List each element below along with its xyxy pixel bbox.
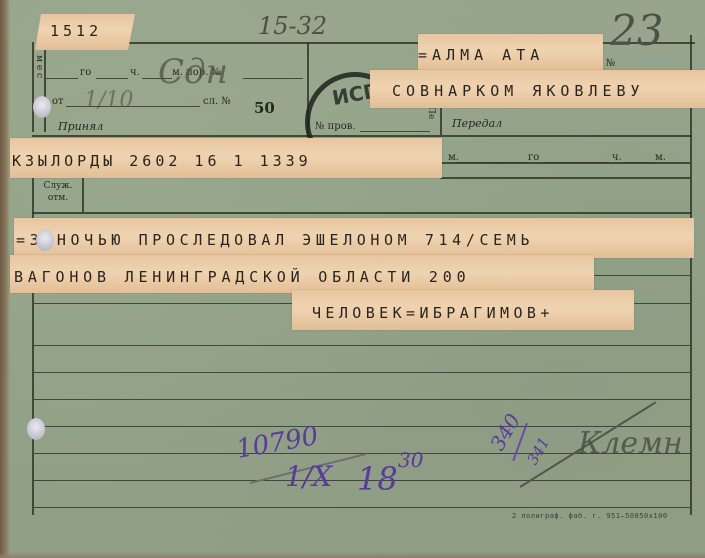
- label-row3-ch: ч.: [612, 152, 622, 163]
- form-line: [120, 42, 695, 44]
- form-line: [440, 177, 690, 179]
- paper-edge-bottom: [0, 552, 705, 558]
- handwritten-signature-top: Сдн: [158, 52, 228, 92]
- field-underline: [545, 162, 610, 163]
- label-sl-no: сл. №: [203, 96, 231, 107]
- label-prinyal: Принял: [58, 120, 103, 133]
- ruled-line: [34, 399, 690, 400]
- body-line-1: =ЗОНОЧЬЮ ПРОСЛЕДОВАЛ ЭШЕЛОНОМ 714/СЕМЬ: [16, 231, 534, 249]
- label-ot: от: [52, 96, 64, 107]
- ruled-line: [34, 507, 690, 508]
- form-line: [32, 212, 692, 214]
- label-sluzh-otm: Служ. отм.: [38, 180, 78, 204]
- sheet-number: 50: [254, 99, 275, 117]
- label-peredal: Передал: [452, 117, 502, 130]
- handwritten-date: 1/X: [285, 460, 332, 493]
- header-line: КЗЫЛОРДЫ 2602 16 1 1339: [12, 152, 312, 170]
- handwritten-minutes: 30: [398, 448, 423, 472]
- field-underline: [622, 162, 652, 163]
- serial-number: 1512: [50, 22, 102, 40]
- label-row3-go: го: [528, 152, 539, 163]
- side-label: м е с: [34, 55, 44, 78]
- address-city: =АЛМА АТА: [418, 46, 544, 64]
- form-line: [82, 177, 84, 212]
- field-underline: [243, 78, 303, 79]
- punch-hole: [27, 418, 45, 440]
- address-recipient: СОВНАРКОМ ЯКОВЛЕВУ: [392, 82, 645, 100]
- handwritten-top-number: 15-32: [258, 12, 327, 40]
- body-line-3: ЧЕЛОВЕК=ИБРАГИМОВ+: [312, 304, 554, 322]
- field-underline: [456, 162, 526, 163]
- form-line: [44, 42, 46, 132]
- label-go: го: [80, 67, 91, 78]
- handwritten-year: 18: [357, 460, 398, 498]
- printer-imprint: 2 полиграф. фаб. г. 951—50050х100: [512, 512, 668, 520]
- handwritten-page-number: 23: [610, 6, 663, 55]
- ruled-line: [34, 372, 690, 373]
- field-underline: [96, 78, 128, 79]
- label-ch: ч.: [130, 67, 140, 78]
- handwritten-left-mark: 1/10: [84, 88, 133, 113]
- punch-hole: [33, 96, 51, 118]
- punch-hole: [36, 229, 54, 251]
- field-underline: [46, 78, 78, 79]
- handwritten-signature-right: Клемн: [578, 426, 683, 461]
- paper-edge: [0, 0, 10, 558]
- label-row3-m-end: м.: [655, 152, 666, 163]
- body-line-2: ВАГОНОВ ЛЕНИНГРАДСКОЙ ОБЛАСТИ 200: [14, 268, 470, 286]
- ruled-line: [34, 345, 690, 346]
